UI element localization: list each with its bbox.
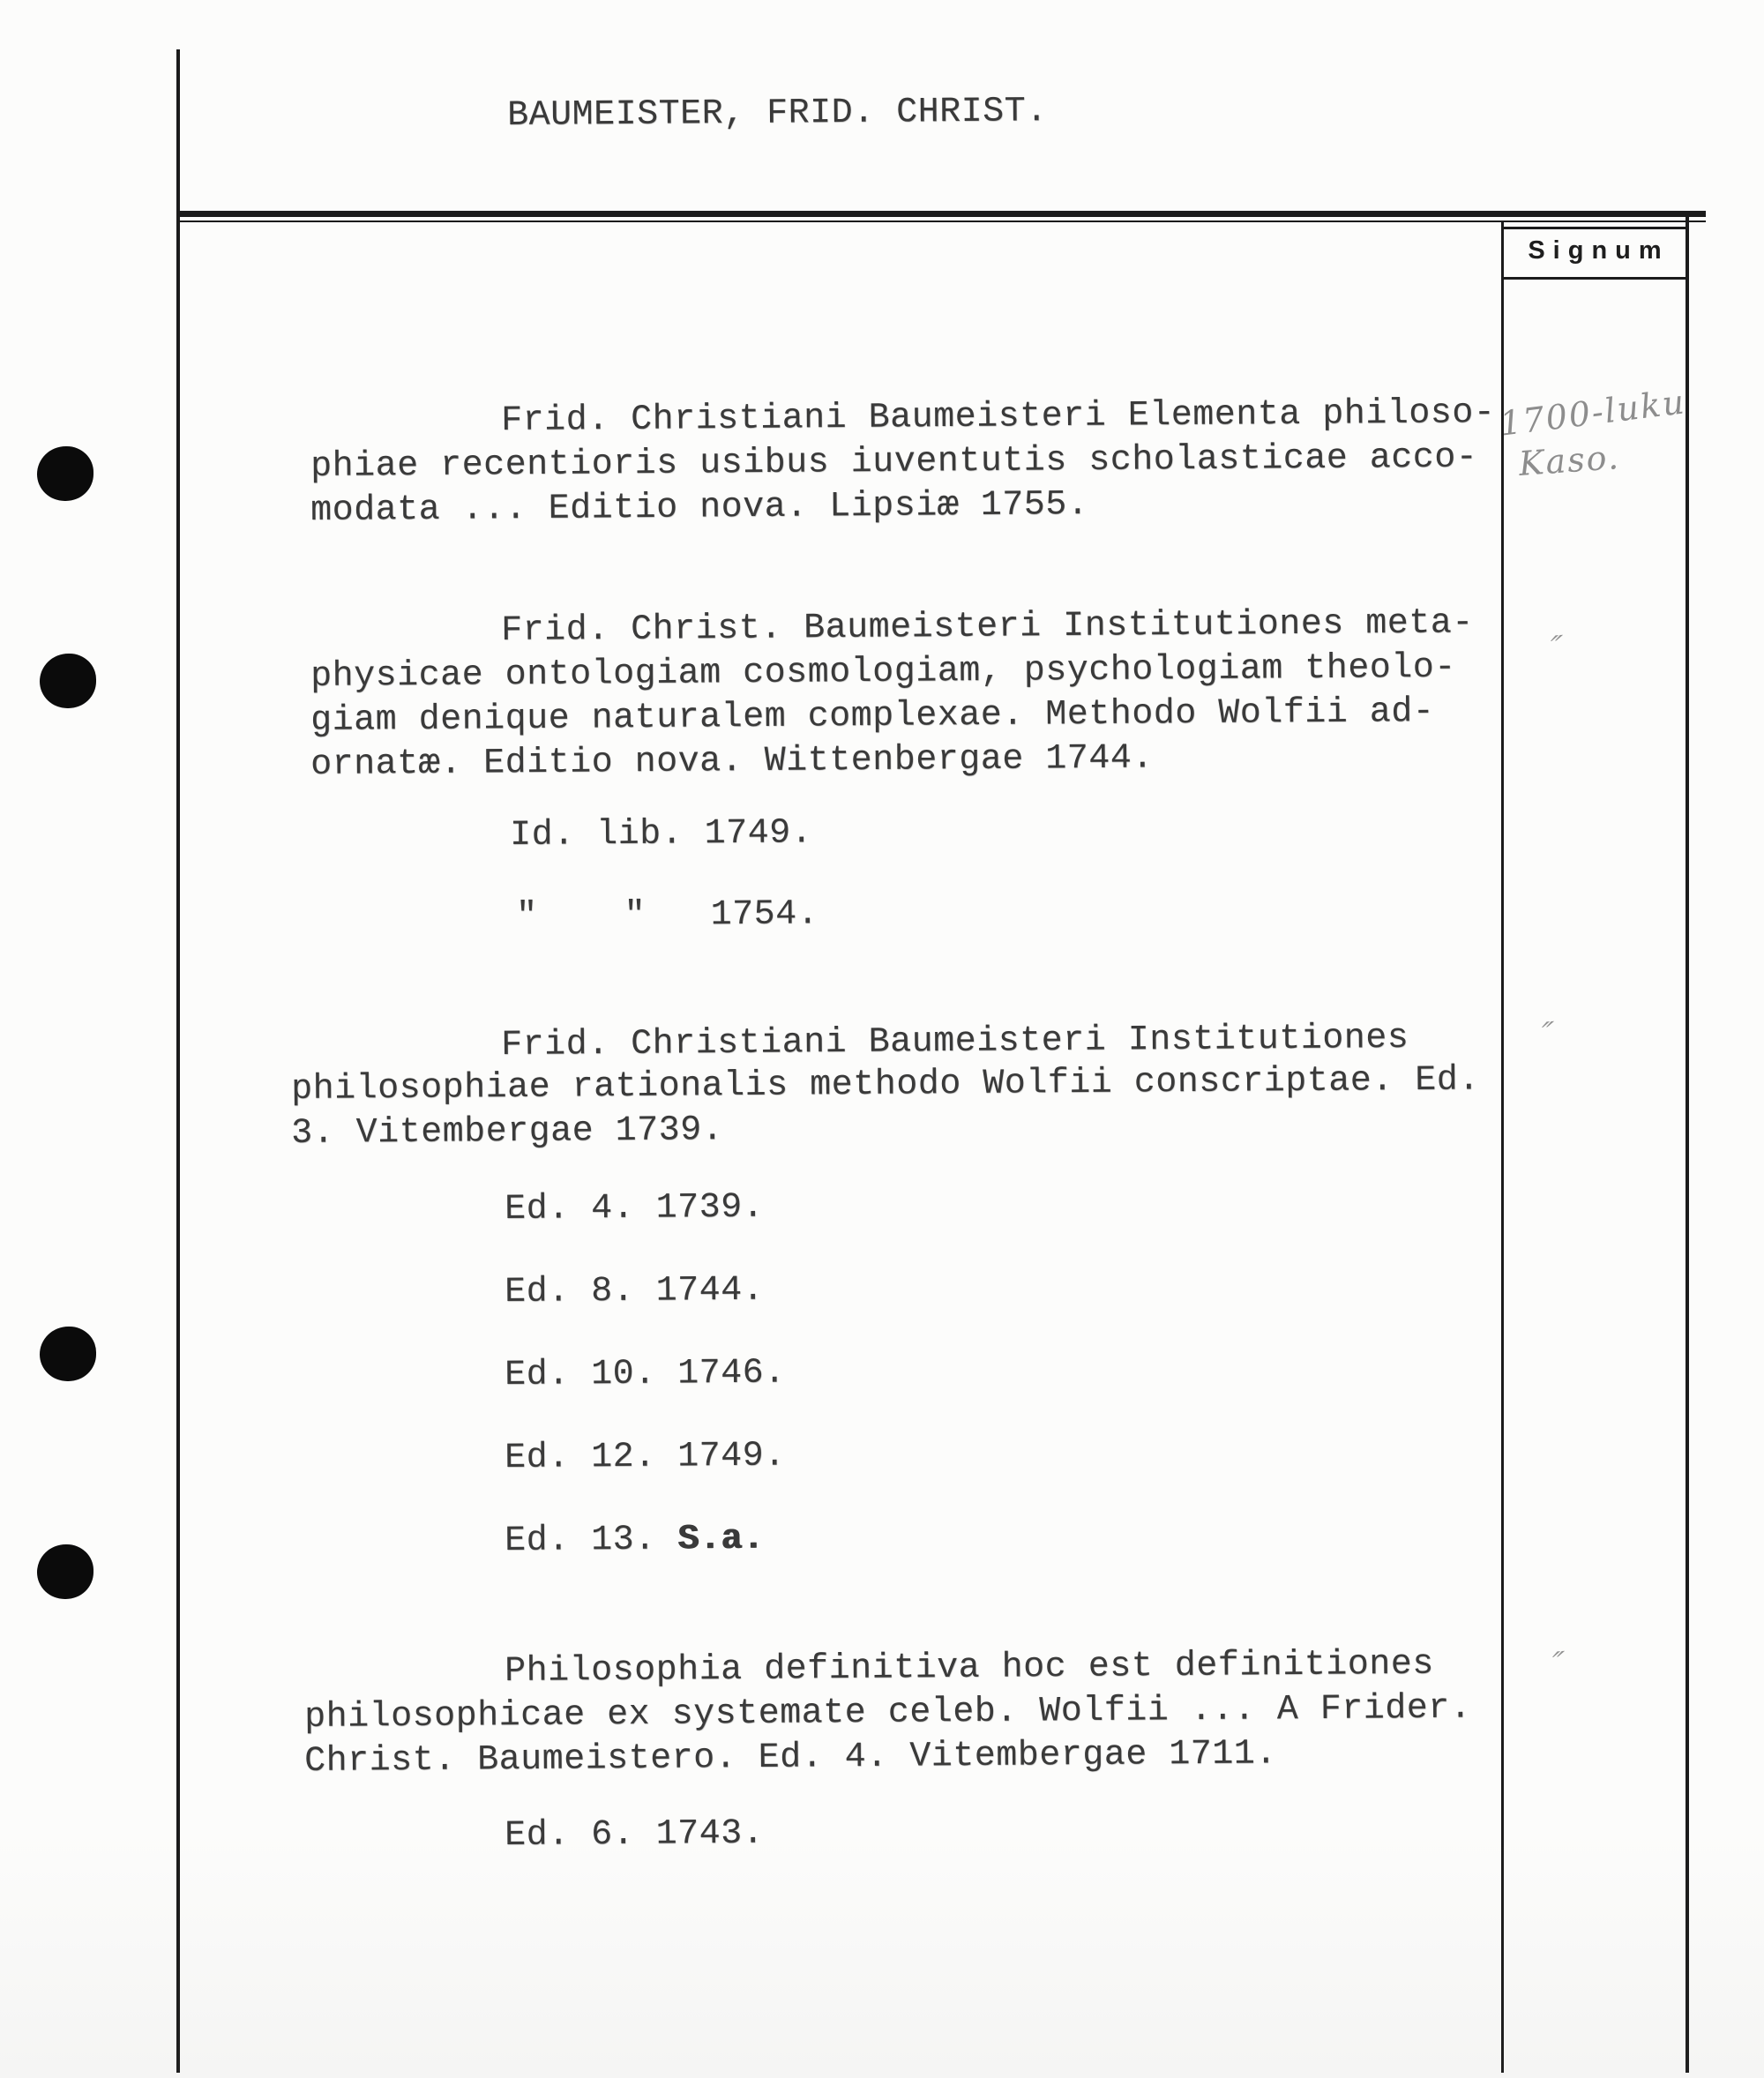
punch-hole-4 — [37, 1544, 93, 1599]
entry-4-line-2: philosophicae ex systemate celeb. Wolfii… — [304, 1692, 1471, 1736]
entry-3-line-2: philosophiae rationalis methodo Wolfii c… — [291, 1063, 1480, 1108]
signum-ditto-mark-entry-2: ″ — [1544, 630, 1565, 666]
entry-4-edition-6: Ed. 6. 1743. — [505, 1817, 764, 1854]
entry-3-line-1: Frid. Christiani Baumeisteri Institution… — [501, 1021, 1409, 1064]
scanned-catalog-page: BAUMEISTER, FRID. CHRIST. Signum Frid. C… — [0, 0, 1764, 2078]
entry-4-line-3: Christ. Baumeistero. Ed. 4. Vitembergae … — [304, 1737, 1277, 1780]
entry-1-line-2: phiae recentioris usibus iuventutis scho… — [310, 441, 1477, 485]
entry-2-line-4: ornatæ. Editio nova. Wittenbergae 1744. — [310, 741, 1154, 783]
entry-1-line-1: Frid. Christiani Baumeisteri Elementa ph… — [501, 396, 1495, 439]
punch-hole-3 — [40, 1327, 96, 1381]
entry-3-edition-10: Ed. 10. 1746. — [505, 1356, 786, 1394]
punch-hole-1 — [37, 446, 93, 501]
edition-13-sine-anno: S.a. — [677, 1520, 764, 1560]
entry-2-line-1: Frid. Christ. Baumeisteri Institutiones … — [501, 606, 1474, 649]
author-heading: BAUMEISTER, FRID. CHRIST. — [507, 94, 1048, 134]
punch-hole-2 — [40, 654, 96, 708]
entry-2-subline-ditto-1754: " " 1754. — [516, 897, 818, 935]
left-margin-rule — [176, 49, 180, 2073]
entry-3-edition-8: Ed. 8. 1744. — [505, 1274, 764, 1311]
signum-ditto-mark-entry-4: ″ — [1546, 1646, 1566, 1682]
signum-ditto-mark-entry-3: ″ — [1536, 1016, 1556, 1052]
table-top-thick-rule — [178, 211, 1706, 217]
edition-13-prefix: Ed. 13. — [505, 1520, 677, 1561]
signum-column-header: Signum — [1501, 224, 1688, 278]
signum-handwritten-note-line-1: 1700-luku — [1498, 382, 1687, 443]
signum-column-right-border — [1686, 213, 1689, 2073]
entry-3-edition-4: Ed. 4. 1739. — [505, 1191, 764, 1228]
signum-handwritten-note-line-2: Kaso. — [1518, 437, 1622, 483]
entry-3-edition-13: Ed. 13. S.a. — [505, 1522, 764, 1559]
table-top-thin-rule — [178, 221, 1706, 222]
entry-2-subline-id-lib: Id. lib. 1749. — [510, 816, 812, 854]
signum-column-left-border — [1501, 221, 1504, 2073]
entry-3-edition-12: Ed. 12. 1749. — [505, 1439, 786, 1476]
entry-2-line-3: giam denique naturalem complexae. Method… — [310, 695, 1434, 739]
entry-4-line-1: Philosophia definitiva hoc est definitio… — [505, 1648, 1434, 1690]
entry-3-line-3: 3. Vitembergae 1739. — [291, 1113, 723, 1152]
entry-1-line-3: modata ... Editio nova. Lipsiæ 1755. — [310, 488, 1088, 529]
entry-2-line-2: physicae ontologiam cosmologiam, psychol… — [310, 651, 1456, 695]
